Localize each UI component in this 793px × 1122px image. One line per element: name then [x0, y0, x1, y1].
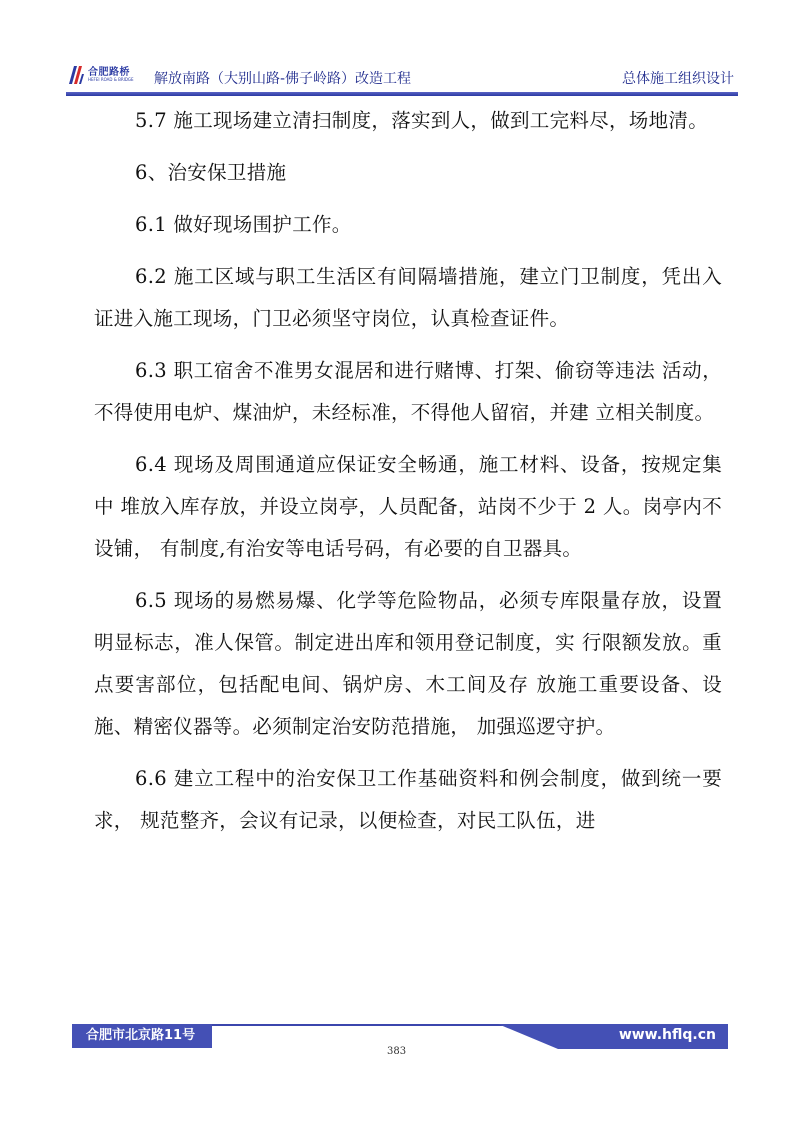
paragraph-5-7: 5.7 施工现场建立清扫制度，落实到人，做到工完料尽，场地清。: [94, 100, 722, 142]
footer-address: 合肥市北京路11号: [72, 1024, 212, 1048]
company-logo: 合肥路桥 HEFEI ROAD & BRIDGE: [66, 62, 140, 90]
logo-mark-icon: [66, 64, 86, 86]
paragraph-6-2: 6.2 施工区域与职工生活区有间隔墙措施，建立门卫制度，凭出入证进入施工现场，门…: [94, 256, 722, 340]
logo-english-name: HEFEI ROAD & BRIDGE: [88, 77, 134, 82]
footer-website: www.hflq.cn: [619, 1027, 716, 1043]
paragraph-6-6: 6.6 建立工程中的治安保卫工作基础资料和例会制度，做到统一要求， 规范整齐，会…: [94, 758, 722, 842]
page-number: 383: [387, 1046, 406, 1057]
header-divider: [66, 92, 738, 96]
paragraph-6-3: 6.3 职工宿舍不准男女混居和进行赌博、打架、偷窃等违法 活动，不得使用电炉、煤…: [94, 350, 722, 434]
section-heading-6: 6、治安保卫措施: [94, 152, 722, 194]
page-header: 合肥路桥 HEFEI ROAD & BRIDGE 解放南路（大别山路-佛子岭路）…: [66, 62, 738, 98]
paragraph-6-4: 6.4 现场及周围通道应保证安全畅通，施工材料、设备，按规定集中 堆放入库存放，…: [94, 444, 722, 570]
project-title: 解放南路（大别山路-佛子岭路）改造工程: [154, 68, 411, 88]
document-title: 总体施工组织设计: [622, 68, 734, 88]
paragraph-6-5: 6.5 现场的易燃易爆、化学等危险物品，必须专库限量存放，设置明显标志，准人保管…: [94, 580, 722, 748]
document-body: 5.7 施工现场建立清扫制度，落实到人，做到工完料尽，场地清。 6、治安保卫措施…: [94, 100, 722, 852]
paragraph-6-1: 6.1 做好现场围护工作。: [94, 204, 722, 246]
footer-website-banner: www.hflq.cn: [498, 1024, 728, 1049]
logo-chinese-name: 合肥路桥: [88, 63, 130, 78]
